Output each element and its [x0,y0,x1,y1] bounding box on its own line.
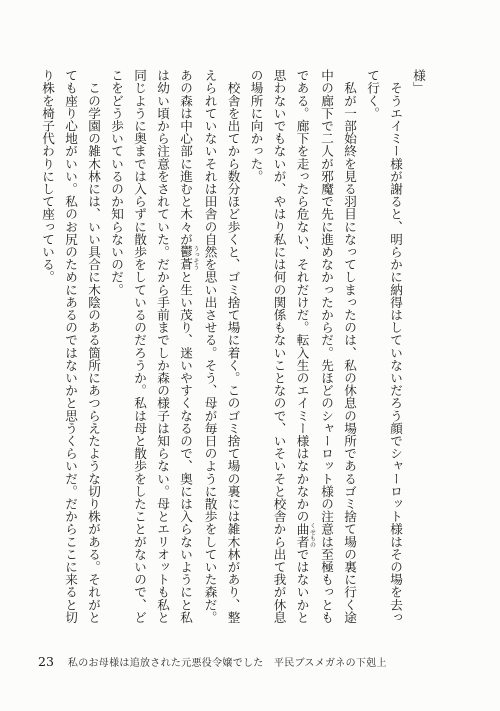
book-title: 私のお母様は追放された元悪役令嬢でした 平民ブスメガネの下剋上 [68,654,387,669]
furigana-ruby: 鬱蒼うっそう [178,245,193,270]
body-text: 様」 そうエイミー様が謝ると、明らかに納得はしていないだろう顔でシャーロット様は… [36,69,430,625]
text-column: えられていないそれは田舎の自然を思い出させる。そう、母が毎日のように散歩をしてい… [199,69,222,625]
furigana-ruby: 曲者くせもの [295,523,310,548]
text-column: 中の廊下で二人が邪魔で先に進めなかったからだ。先ほどのシャーロット様の注意は至極… [315,69,338,625]
page-footer: 23 私のお母様は追放された元悪役令嬢でした 平民ブスメガネの下剋上 [38,654,387,669]
text-column: 様」 [407,69,430,625]
text-column: こをどう歩いているのか知らないのだ。 [105,69,128,625]
text-column: て行く。 [361,69,384,625]
text-column: 私が一部始終を見る羽目になってしまったのは、私の休息の場所であるゴミ捨て場の裏に… [338,69,361,625]
text-column: である。廊下を走ったら危ない、それだけだ。転入生のエイミー様はなかなかの曲者くせ… [291,69,316,625]
text-column: 思わないでもないが、やはり私には何の関係もないことなので、いそいそと校舎から出て… [268,69,291,625]
text-column: この学園の雑木林には、いい具合に木陰のある箇所にあつらえたような切り株がある。そ… [82,69,105,625]
text-column: り株を椅子代わりにして座っている。 [36,69,59,625]
text-column: そうエイミー様が謝ると、明らかに納得はしていないだろう顔でシャーロット様はその場… [384,69,407,625]
text-column: 校舎を出てから数分ほど歩くと、ゴミ捨て場に着く。このゴミ捨て場の裏には雑木林があ… [222,69,245,625]
text-column: あの森は中心部に進むと木々が鬱蒼うっそうと生い茂り、迷いやすくなるので、奥には入… [174,69,199,625]
page-number: 23 [38,654,54,669]
book-page: 様」 そうエイミー様が謝ると、明らかに納得はしていないだろう顔でシャーロット様は… [0,0,500,711]
text-column: ても座り心地がいい。私のお尻のためにあるのではないかと思うくらいだ。だからここに… [59,69,82,625]
text-column: の場所に向かった。 [245,69,268,625]
text-column: 同じように奥までは入らずに散歩をしているのだろうか。私は母と散歩をしたことがない… [128,69,151,625]
text-column: は幼い頃から注意をされていた。だから手前までしか森の様子は知らない。母とエリオッ… [151,69,174,625]
